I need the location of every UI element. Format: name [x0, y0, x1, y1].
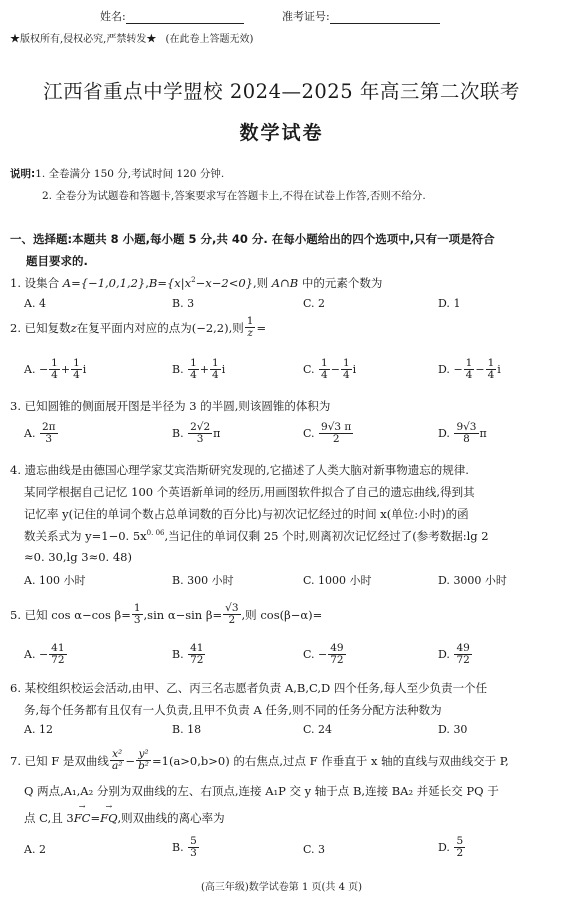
- q7-option-d[interactable]: D. 52: [438, 836, 466, 859]
- q6-option-c[interactable]: C. 24: [303, 723, 332, 736]
- q4-option-b[interactable]: B. 300 小时: [172, 572, 234, 588]
- q7-option-b[interactable]: B. 53: [172, 836, 200, 859]
- q2-option-b[interactable]: B. 14+14i: [172, 358, 225, 381]
- copyright-line: ★版权所有,侵权必究,严禁转发★ (在此卷上答题无效): [10, 30, 253, 45]
- q4-option-a[interactable]: A. 100 小时: [24, 572, 85, 588]
- question-1: 1. 设集合 A={−1,0,1,2},B={x|x2−x−2<0},则 A∩B…: [10, 275, 382, 291]
- q6-option-d[interactable]: D. 30: [438, 723, 467, 736]
- q2-option-d[interactable]: D. −14−14i: [438, 358, 501, 381]
- note-label: 说明:: [10, 168, 35, 180]
- q3-option-c[interactable]: C. 9√3 π2: [303, 422, 354, 445]
- q5-option-d[interactable]: D. 4972: [438, 643, 473, 666]
- q6-option-a[interactable]: A. 12: [24, 723, 53, 736]
- note-line-2: 2. 全卷分为试题卷和答题卡,答案要求写在答题卡上,不得在试卷上作答,否则不给分…: [42, 188, 426, 203]
- question-4-line-1: 4. 遗忘曲线是由德国心理学家艾宾浩斯研究发现的,它描述了人类大脑对新事物遗忘的…: [10, 462, 469, 478]
- q4-option-d[interactable]: D. 3000 小时: [438, 572, 507, 588]
- question-4-line-4: 数关系式为 y=1−0. 5x0. 06,当记住的单词仅剩 25 个时,则离初次…: [24, 528, 489, 544]
- q5-option-b[interactable]: B. 4172: [172, 643, 206, 666]
- question-7-line-3: 点 C,且 3FC=FQ,则双曲线的离心率为: [24, 810, 225, 826]
- question-6-line-1: 6. 某校组织校运会活动,由甲、乙、丙三名志愿者负责 A,B,C,D 四个任务,…: [10, 680, 487, 696]
- page-footer: (高三年级)数学试卷第 1 页(共 4 页): [0, 878, 563, 893]
- q2-option-a[interactable]: A. −14+14i: [24, 358, 86, 381]
- q3-option-d[interactable]: D. 9√38π: [438, 422, 487, 445]
- q1-option-c[interactable]: C. 2: [303, 297, 325, 310]
- copyright-text: ★版权所有,侵权必究,严禁转发★: [10, 34, 156, 45]
- question-3: 3. 已知圆锥的侧面展开图是半径为 3 的半圆,则该圆锥的体积为: [10, 398, 330, 414]
- question-6-line-2: 务,每个任务都有且仅有一人负责,且甲不负责 A 任务,则不同的任务分配方法种数为: [24, 702, 442, 718]
- page-subtitle: 数学试卷: [0, 118, 563, 145]
- q7-option-c[interactable]: C. 3: [303, 843, 325, 856]
- name-field[interactable]: 姓名:: [100, 8, 244, 24]
- exam-id-label: 准考证号:: [282, 10, 330, 23]
- question-4-line-2: 某同学根据自己记忆 100 个英语新单词的经历,用画图软件拟合了自己的遗忘曲线,…: [24, 484, 475, 500]
- q6-option-b[interactable]: B. 18: [172, 723, 201, 736]
- note-item-2: 2. 全卷分为试题卷和答题卡,答案要求写在答题卡上,不得在试卷上作答,否则不给分…: [42, 190, 426, 202]
- q5-option-c[interactable]: C. −4972: [303, 643, 347, 666]
- name-blank[interactable]: [126, 12, 244, 24]
- q1-option-d[interactable]: D. 1: [438, 297, 460, 310]
- question-5: 5. 已知 cos α−cos β=13,sin α−sin β=√32,则 c…: [10, 603, 322, 626]
- page-title: 江西省重点中学盟校 2024—2025 年高三第二次联考: [0, 76, 563, 104]
- q1-option-b[interactable]: B. 3: [172, 297, 194, 310]
- question-7-line-2: Q 两点,A₁,A₂ 分别为双曲线的左、右顶点,连接 A₁P 交 y 轴于点 B…: [24, 783, 499, 799]
- q3-option-b[interactable]: B. 2√23π: [172, 422, 220, 445]
- q5-option-a[interactable]: A. −4172: [24, 643, 68, 666]
- section-heading-line-2: 题目要求的.: [26, 253, 88, 269]
- q2-option-c[interactable]: C. 14−14i: [303, 358, 356, 381]
- exam-id-field[interactable]: 准考证号:: [282, 8, 440, 24]
- section-heading-line-1: 一、选择题:本题共 8 小题,每小题 5 分,共 40 分. 在每小题给出的四个…: [10, 231, 495, 247]
- q1-option-a[interactable]: A. 4: [24, 297, 46, 310]
- note-line-1: 说明:1. 全卷满分 150 分,考试时间 120 分钟.: [10, 166, 224, 181]
- copyright-note: (在此卷上答题无效): [166, 34, 254, 45]
- question-4-line-5: ≈0. 30,lg 3≈0. 48): [24, 550, 132, 564]
- q4-option-c[interactable]: C. 1000 小时: [303, 572, 372, 588]
- note-item-1: 1. 全卷满分 150 分,考试时间 120 分钟.: [35, 168, 224, 180]
- q3-option-a[interactable]: A. 2π3: [24, 422, 59, 445]
- question-4-line-3: 记忆率 y(记住的单词个数占总单词数的百分比)与初次记忆经过的时间 x(单位:小…: [24, 506, 469, 522]
- question-7-line-1: 7. 已知 F 是双曲线x²a²−y²b²=1(a>0,b>0) 的右焦点,过点…: [10, 749, 509, 772]
- question-2: 2. 已知复数 z 在复平面内对应的点为(−2,2),则 1z=: [10, 316, 266, 339]
- name-label: 姓名:: [100, 10, 126, 23]
- exam-id-blank[interactable]: [330, 12, 440, 24]
- q7-option-a[interactable]: A. 2: [24, 843, 46, 856]
